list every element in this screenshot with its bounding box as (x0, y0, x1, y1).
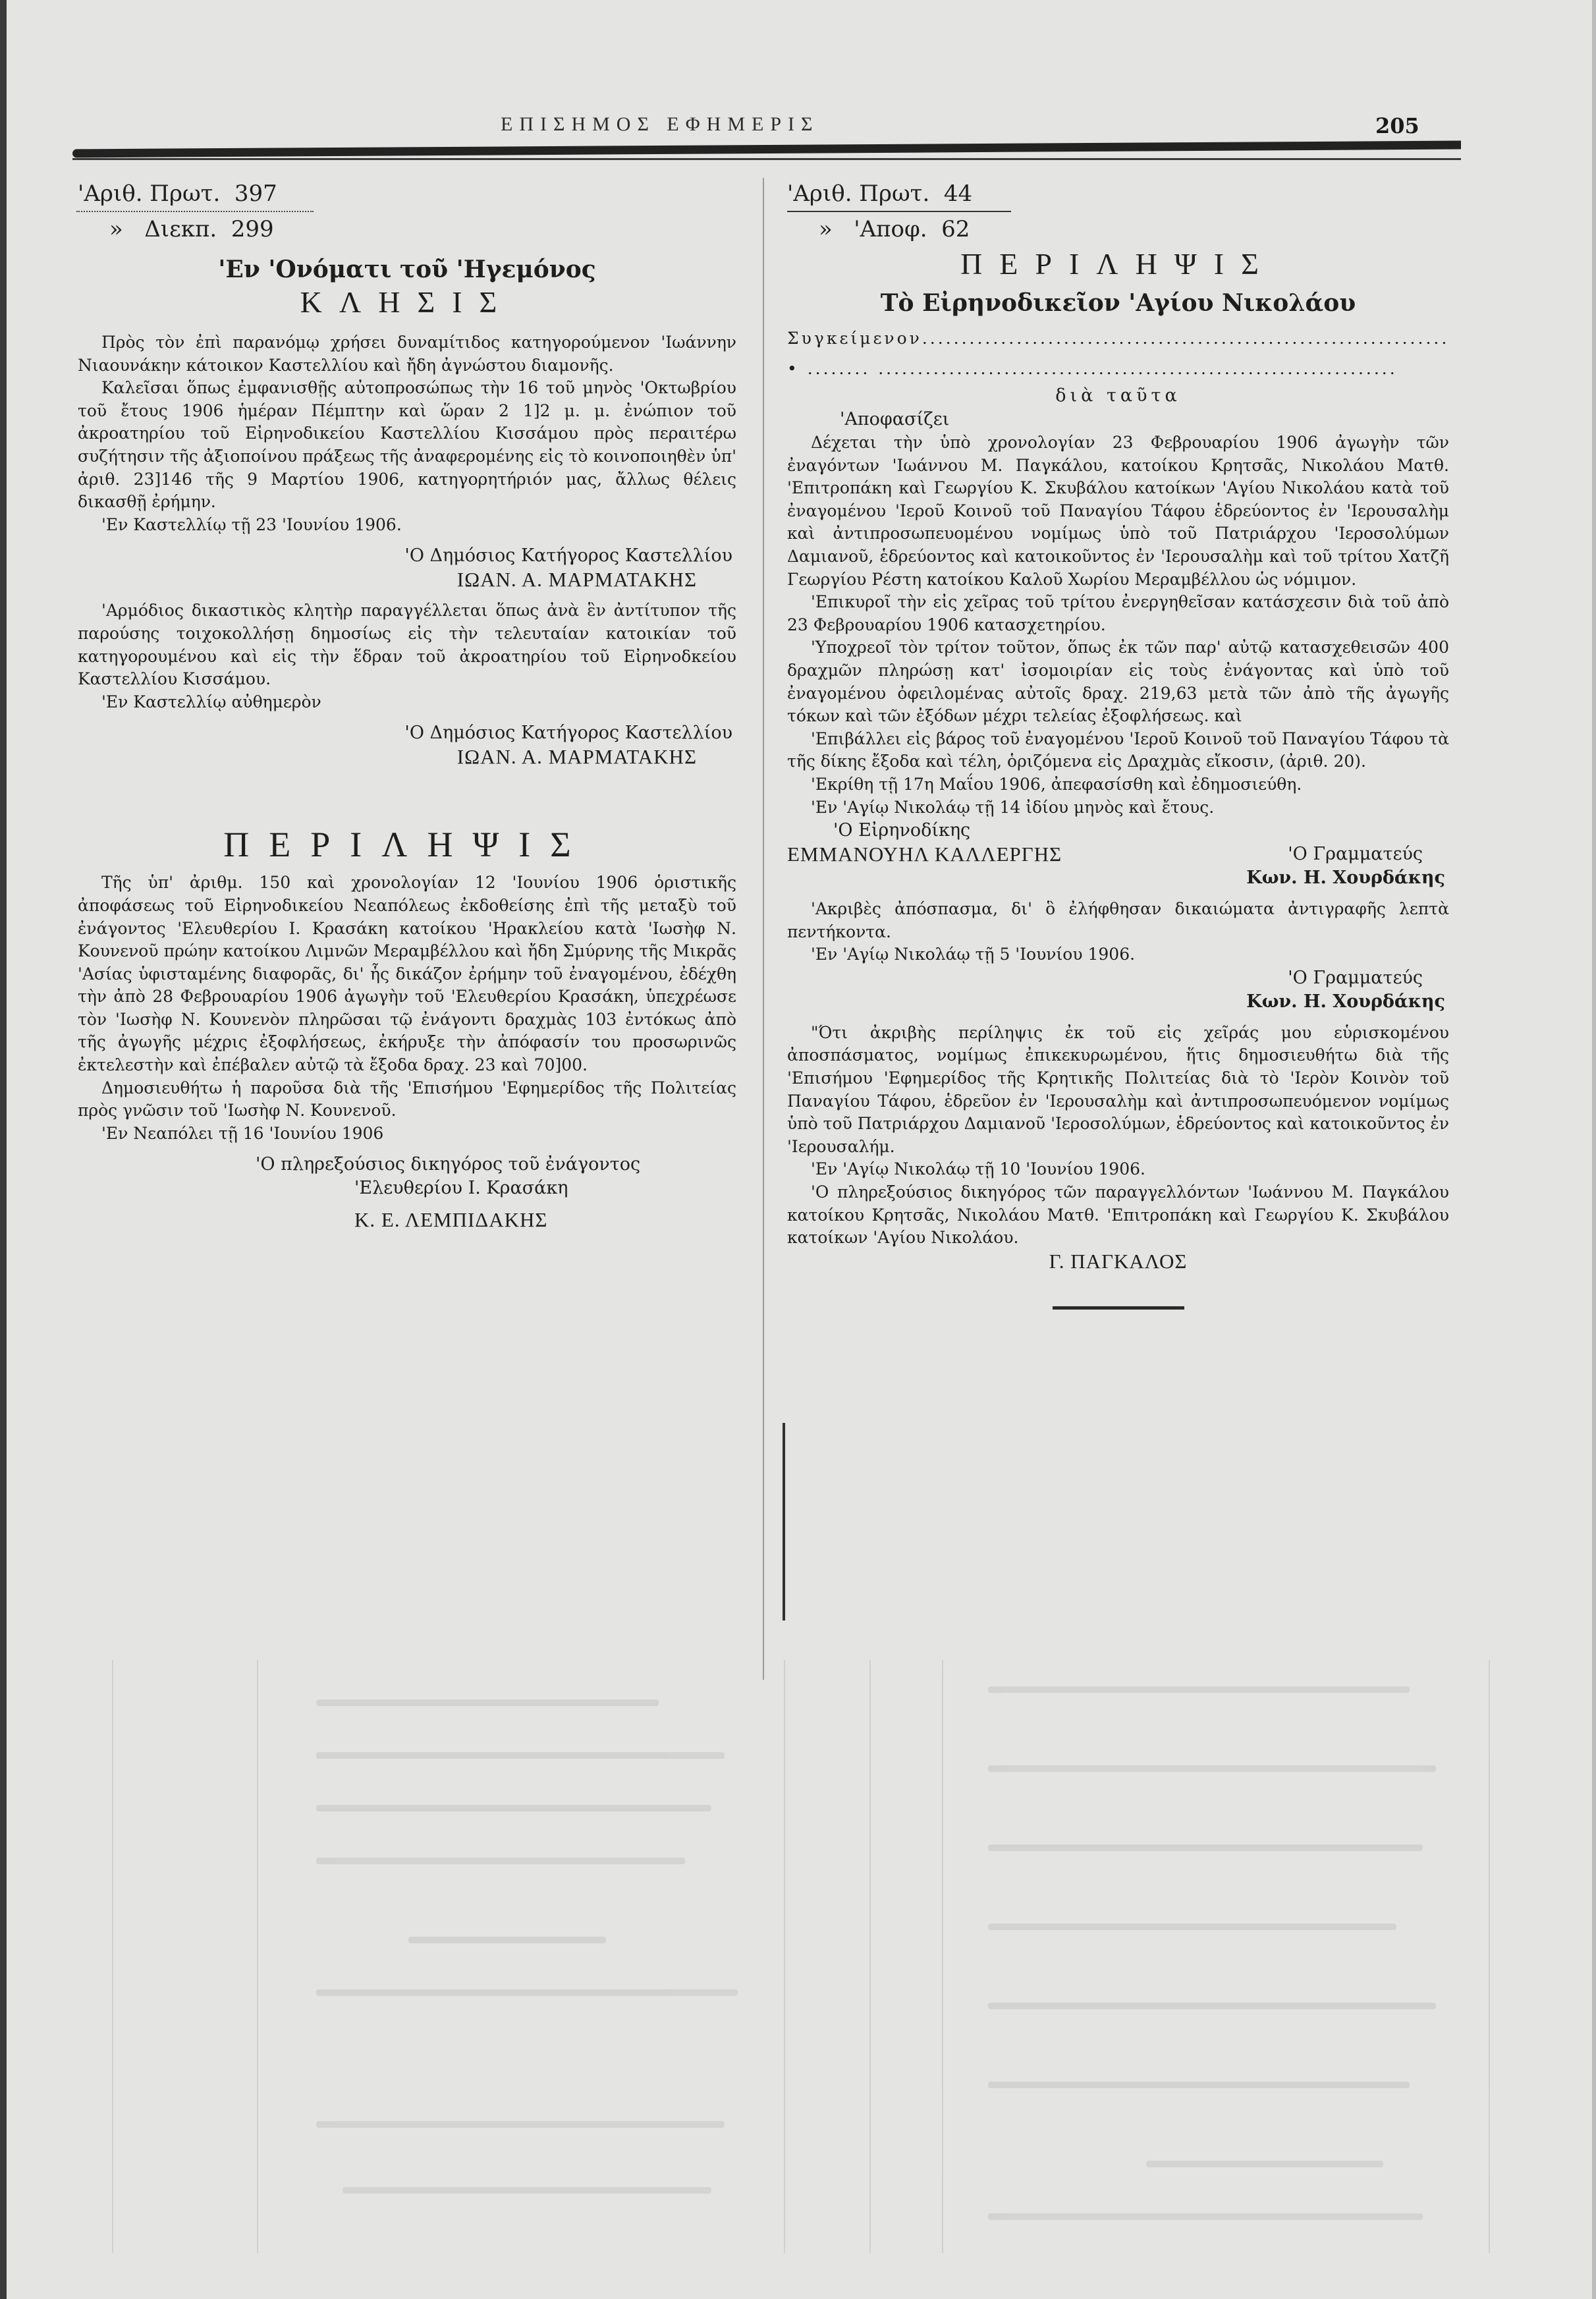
judge-name: ΕΜΜΑΝΟΥΗΛ ΚΑΛΛΕΡΓΗΣ (787, 843, 1062, 866)
copy-secretary-name: Κων. Η. Χουρδάκης (787, 990, 1449, 1014)
notice-summary-neapolis: ΠΕΡΙΛΗΨΙΣ Τῆς ὑπ' ἀριθμ. 150 καὶ χρονολο… (78, 824, 736, 1232)
decision-paragraph: 'Επικυροῖ τὴν εἰς χεῖρας τοῦ τρίτου ἐνερ… (787, 591, 1449, 636)
signatory-title: 'Ο πληρεξούσιος δικηγόρος τοῦ ἐνάγοντος (78, 1153, 736, 1177)
header-rule-thick (72, 141, 1461, 158)
signatory-name: ΙΩΑΝ. Α. ΜΑΡΜΑΤΑΚΗΣ (78, 745, 736, 769)
decision-paragraph: 'Υποχρεοῖ τὸν τρίτον τοῦτον, ὅπως ἐκ τῶν… (787, 636, 1449, 727)
running-title: ΕΠΙΣΗΜΟΣ ΕΦΗΜΕΡΙΣ (501, 113, 819, 136)
notice-paragraph: Τῆς ὑπ' ἀριθμ. 150 καὶ χρονολογίαν 12 'Ι… (78, 872, 736, 1076)
notice-title: ΠΕΡΙΛΗΨΙΣ (787, 246, 1449, 281)
notice-summary-agios-nikolaos: 'Αριθ. Πρωτ. 44 » 'Αποφ. 62 ΠΕΡΙΛΗΨΙΣ Τὸ… (787, 177, 1449, 1310)
notice-paragraph: Δημοσιευθήτω ἡ παροῦσα διὰ τῆς 'Επισήμου… (78, 1077, 736, 1122)
therefore-label: διὰ ταῦτα (787, 384, 1449, 408)
signatory-name: Κ. Ε. ΛΕΜΠΙΔΑΚΗΣ (78, 1208, 736, 1232)
copy-place-date: 'Εν 'Αγίῳ Νικολάῳ τῇ 5 'Ιουνίου 1906. (787, 943, 1449, 966)
decides-label: 'Αποφασίζει (787, 408, 1449, 431)
decision-paragraph: Δέχεται τὴν ὑπὸ χρονολογίαν 23 Φεβρουαρί… (787, 431, 1449, 591)
composed-line: Συγκείμενον.............................… (787, 327, 1449, 350)
notice-title: ΚΛΗΣΙΣ (78, 285, 736, 319)
ref-decision: » 'Αποφ. 62 (787, 212, 1449, 246)
left-column: 'Αριθ. Πρωτ. 397 » Διεκπ. 299 'Εν 'Ονόμα… (78, 177, 736, 1232)
attorney-paragraph: 'Ο πληρεξούσιος δικηγόρος τῶν παραγγελλό… (787, 1181, 1449, 1250)
page-number: 205 (1375, 113, 1419, 138)
notice-paragraph: Καλεῖσαι ὅπως ἐμφανισθῇς αὐτοπροσώπως τὴ… (78, 377, 736, 514)
scan-edge-right (1592, 0, 1596, 2299)
court-name: Τὸ Εἰρηνοδικεῖον 'Αγίου Νικολάου (787, 289, 1449, 317)
notice-summons: 'Αριθ. Πρωτ. 397 » Διεκπ. 299 'Εν 'Ονόμα… (78, 177, 736, 592)
notice-summons-order: 'Αρμόδιος δικαστικὸς κλητὴρ παραγγέλλετα… (78, 599, 736, 769)
attorney-name: Γ. ΠΑΓΚΑΛΟΣ (787, 1250, 1449, 1273)
certification-place-date: 'Εν 'Αγίῳ Νικολάῳ τῇ 10 'Ιουνίου 1906. (787, 1158, 1449, 1181)
dotted-fill: ........................................… (922, 329, 1449, 348)
copy-note: 'Ακριβὲς ἀπόσπασμα, δι' ὃ ἐλήφθησαν δικα… (787, 898, 1449, 943)
signatory-title: 'Ο Δημόσιος Κατήγορος Καστελλίου (78, 544, 736, 568)
secretary-name: Κων. Η. Χουρδάκης (787, 866, 1449, 890)
reference-numbers: 'Αριθ. Πρωτ. 397 » Διεκπ. 299 (78, 177, 736, 246)
decision-date: 'Εκρίθη τῇ 17η Μαΐου 1906, ἀπεφασίσθη κα… (787, 773, 1449, 796)
signatory-title-client: 'Ελευθερίου Ι. Κρασάκη (78, 1177, 736, 1200)
notice-paragraph: Πρὸς τὸν ἐπὶ παρανόμῳ χρήσει δυναμίτιδος… (78, 331, 736, 377)
reference-numbers: 'Αριθ. Πρωτ. 44 » 'Αποφ. 62 (787, 177, 1449, 246)
dotted-fill-line: • ........ .............................… (787, 358, 1449, 380)
column-divider-bold-segment (783, 1423, 785, 1620)
signatures-row: ΕΜΜΑΝΟΥΗΛ ΚΑΛΛΕΡΓΗΣ 'Ο Γραμματεύς (787, 843, 1449, 866)
ref-protocol: 'Αριθ. Πρωτ. 397 (78, 177, 736, 211)
section-end-rule (1053, 1306, 1184, 1310)
certification-paragraph: "Ότι ἀκριβὴς περίληψις ἐκ τοῦ εἰς χεῖράς… (787, 1022, 1449, 1159)
bleed-through-texture (40, 1660, 1555, 2266)
right-column: 'Αριθ. Πρωτ. 44 » 'Αποφ. 62 ΠΕΡΙΛΗΨΙΣ Τὸ… (787, 177, 1449, 1310)
copy-secretary-title: 'Ο Γραμματεύς (787, 966, 1449, 990)
notice-title: ΠΕΡΙΛΗΨΙΣ (78, 824, 736, 865)
notice-heading: 'Εν 'Ονόματι τοῦ 'Ηγεμόνος (78, 256, 736, 283)
decision-place-date: 'Εν 'Αγίῳ Νικολάῳ τῇ 14 ἰδίου μηνὸς καὶ … (787, 796, 1449, 819)
scan-edge-left (0, 0, 7, 2299)
column-divider (763, 178, 764, 1680)
signatory-name: ΙΩΑΝ. Α. ΜΑΡΜΑΤΑΚΗΣ (78, 568, 736, 592)
secretary-title: 'Ο Γραμματεύς (1288, 843, 1449, 866)
place-date: 'Εν Καστελλίῳ αὐθημερὸν (78, 691, 736, 714)
ref-protocol: 'Αριθ. Πρωτ. 44 (787, 177, 1449, 211)
judge-title: 'Ο Εἰρηνοδίκης (787, 819, 1449, 843)
place-date: 'Εν Καστελλίῳ τῇ 23 'Ιουνίου 1906. (78, 514, 736, 537)
header-rule-thin (72, 158, 1461, 160)
notice-paragraph: 'Αρμόδιος δικαστικὸς κλητὴρ παραγγέλλετα… (78, 599, 736, 690)
composed-label: Συγκείμενον (787, 329, 922, 348)
signatory-title: 'Ο Δημόσιος Κατήγορος Καστελλίου (78, 721, 736, 745)
decision-paragraph: 'Επιβάλλει εἰς βάρος τοῦ ἐναγομένου 'Ιερ… (787, 728, 1449, 773)
ref-dispatch: » Διεκπ. 299 (78, 212, 736, 246)
place-date: 'Εν Νεαπόλει τῇ 16 'Ιουνίου 1906 (78, 1122, 736, 1146)
